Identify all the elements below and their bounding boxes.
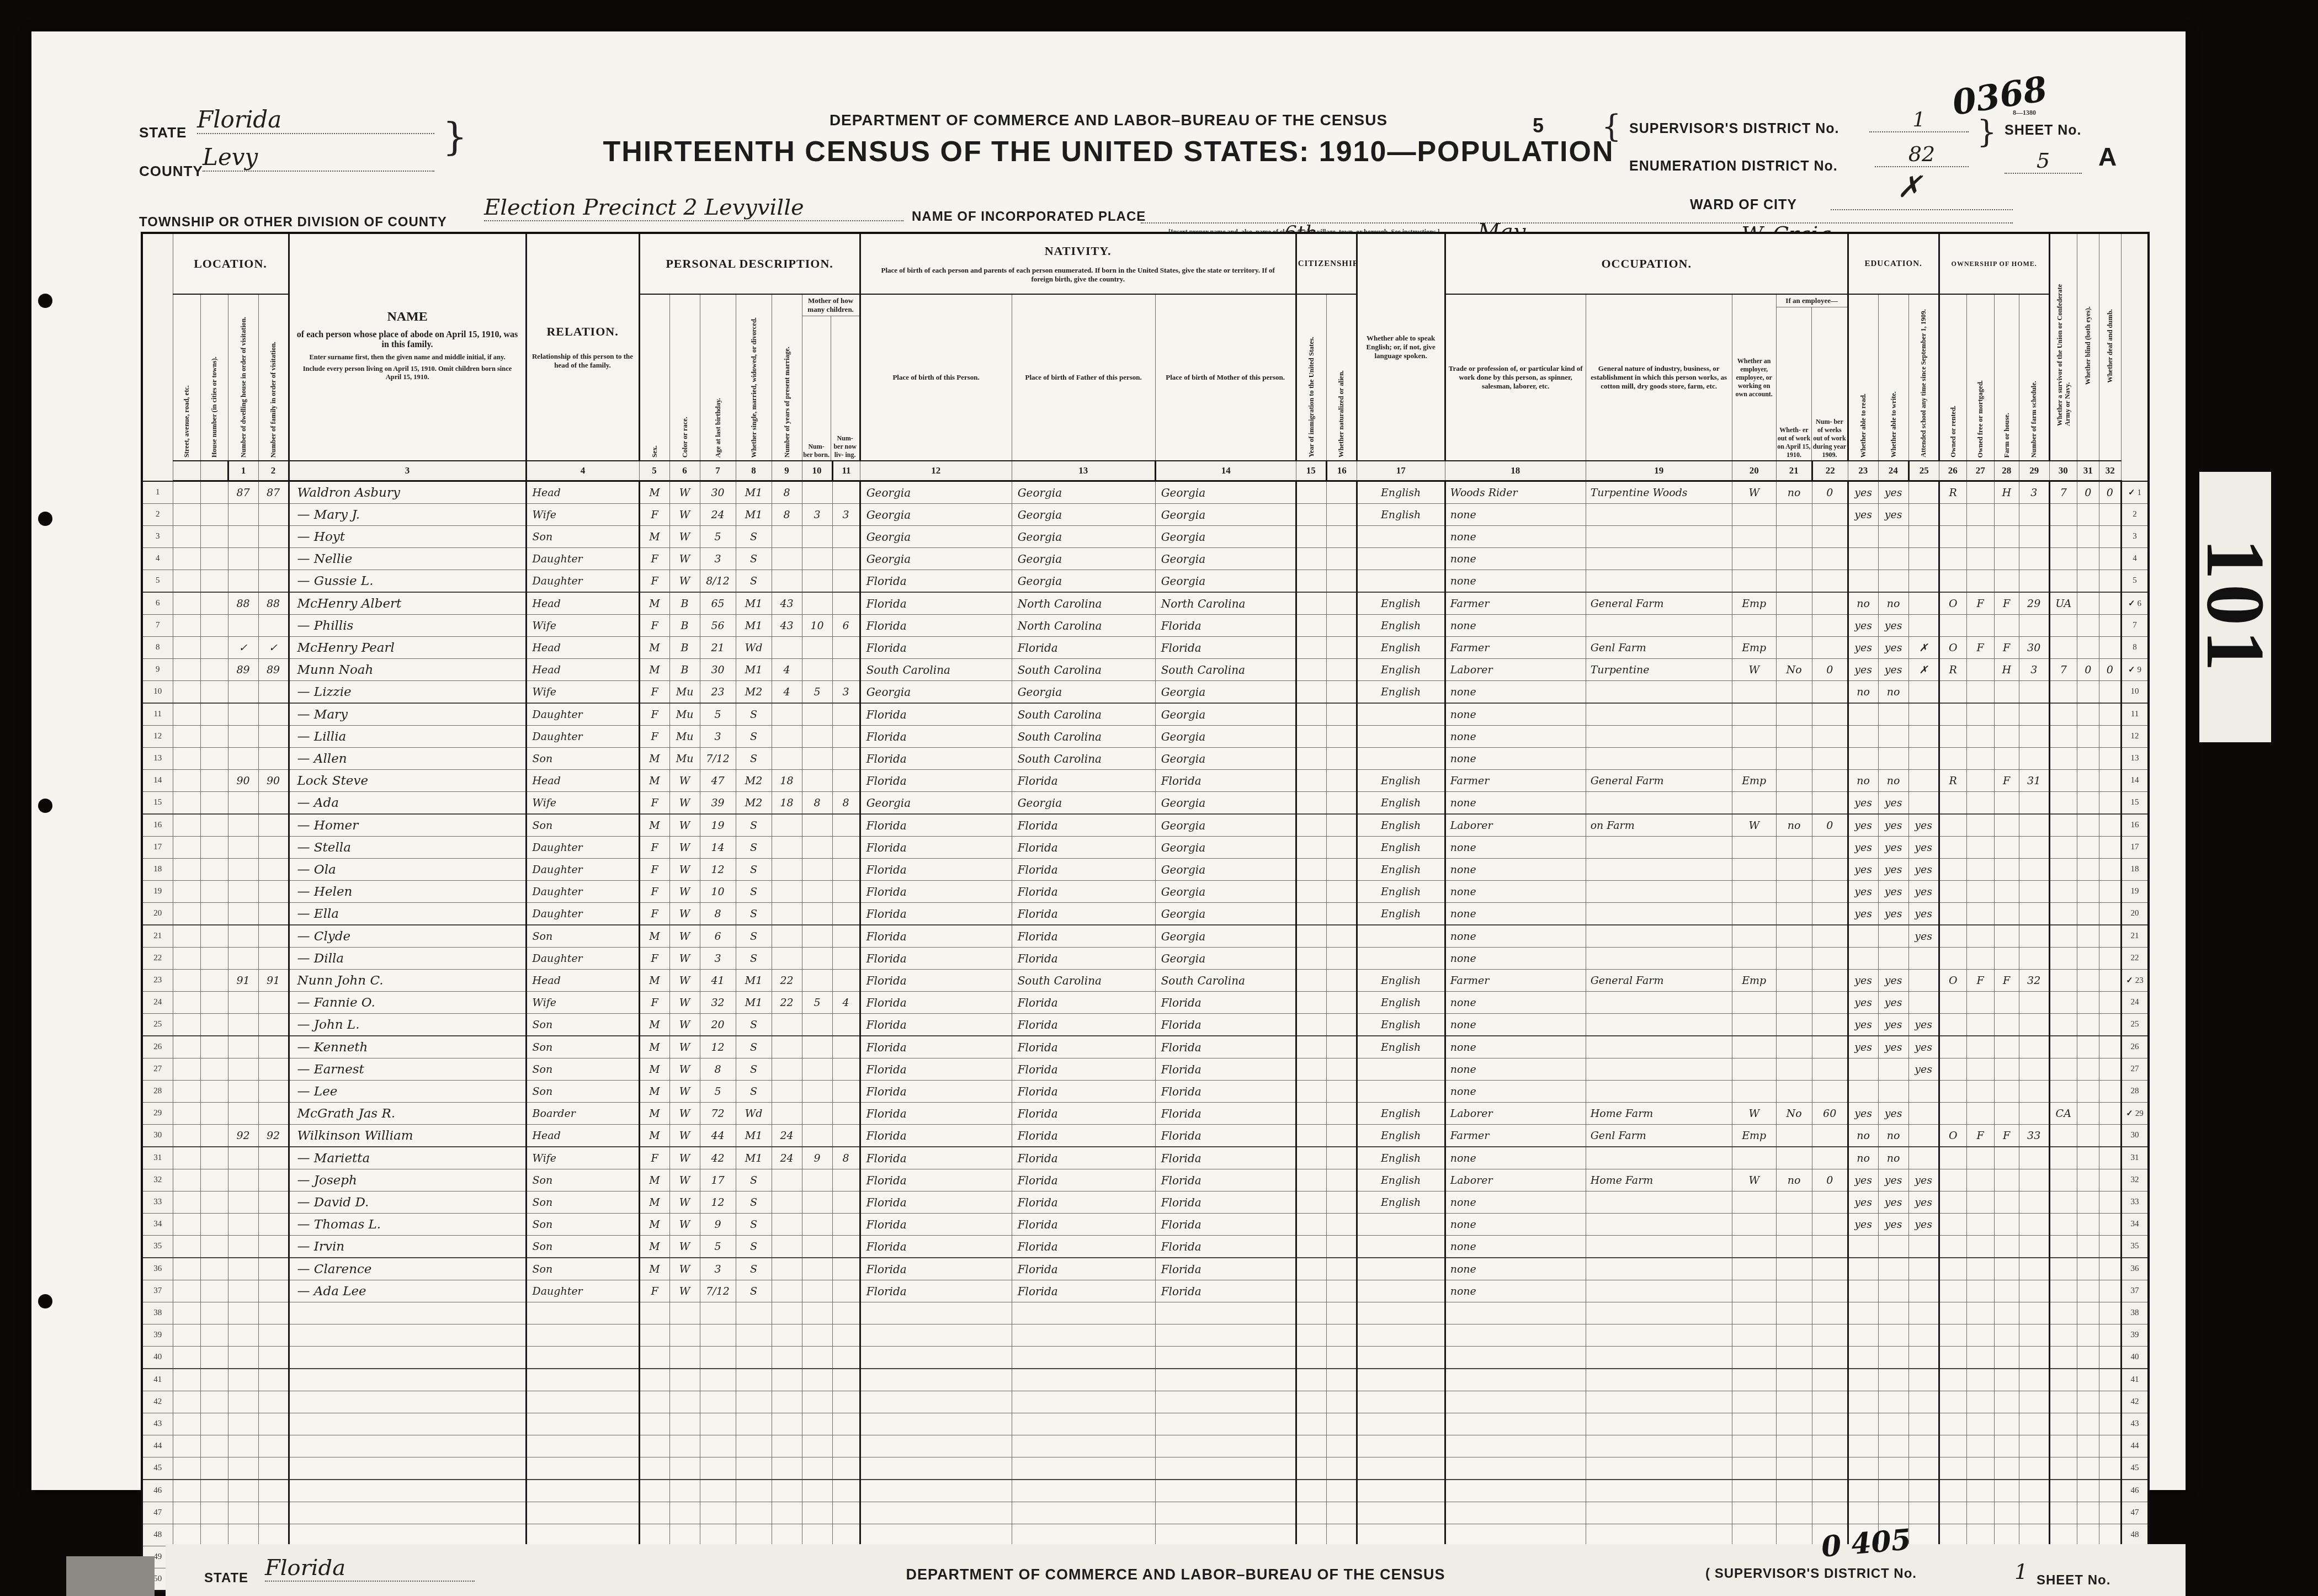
cell-read: no	[1848, 1125, 1878, 1147]
cell-relation: Son	[526, 1214, 639, 1236]
cell-deaf	[2099, 526, 2121, 548]
cell-weeks	[1812, 726, 1848, 748]
cell-emp	[1732, 1280, 1776, 1302]
cell-dwelling	[228, 992, 258, 1014]
cell-out	[1776, 504, 1812, 526]
cell-line-right: 39	[2121, 1324, 2149, 1347]
cell-out	[1776, 1125, 1812, 1147]
cell-yrs	[772, 1324, 802, 1347]
cell-english	[1357, 1524, 1445, 1546]
column-number: 4	[526, 461, 639, 481]
cell-line-right: ✓ 29	[2121, 1103, 2149, 1125]
cell-weeks	[1812, 1302, 1848, 1324]
cell-owned	[1939, 1435, 1966, 1457]
cell-relation: Daughter	[526, 726, 639, 748]
table-row: 17— StellaDaughterFW14SFloridaFloridaGeo…	[142, 837, 2149, 859]
census-sheet-page: 0368 DEPARTMENT OF COMMERCE AND LABOR–BU…	[31, 31, 2186, 1490]
cell-marital: S	[736, 1014, 772, 1036]
cell-read: yes	[1848, 659, 1878, 681]
column-number: 19	[1586, 461, 1732, 481]
cell-surv	[2049, 859, 2077, 881]
cell-emp	[1732, 925, 1776, 948]
cell-owned	[1939, 792, 1966, 815]
cell-house	[200, 1391, 228, 1413]
cell-farm	[1994, 903, 2019, 925]
cell-bp: Florida	[860, 1280, 1012, 1302]
cell-marital	[736, 1347, 772, 1369]
column-school-header: Attended school any time since September…	[1908, 294, 1939, 461]
cell-weeks	[1812, 1058, 1848, 1081]
cell-imm	[1296, 881, 1326, 903]
table-row: 18787Waldron AsburyHeadMW30M18GeorgiaGeo…	[142, 481, 2149, 504]
cell-relation: Son	[526, 1258, 639, 1280]
cell-family	[258, 1524, 289, 1546]
cell-relation: Son	[526, 1236, 639, 1258]
group-citizenship: CITIZENSHIP.	[1296, 233, 1357, 294]
cell-industry	[1586, 1369, 1732, 1391]
cell-name: — Nellie	[289, 548, 526, 570]
cell-marital: S	[736, 837, 772, 859]
cell-living	[832, 814, 860, 837]
cell-yrs	[772, 748, 802, 770]
cell-yrs	[772, 903, 802, 925]
ward-value: ✗	[1897, 169, 1922, 204]
cell-sched	[2019, 703, 2049, 726]
column-number: 28	[1994, 461, 2019, 481]
cell-deaf	[2099, 1480, 2121, 1502]
cell-dwelling	[228, 1081, 258, 1103]
cell-deaf	[2099, 948, 2121, 970]
cell-nat	[1326, 1435, 1357, 1457]
cell-living	[832, 1435, 860, 1457]
cell-industry	[1586, 681, 1732, 704]
cell-color	[669, 1413, 700, 1435]
cell-family	[258, 1191, 289, 1214]
cell-owned	[1939, 1036, 1966, 1058]
cell-emp: Emp	[1732, 770, 1776, 792]
cell-trade: none	[1445, 615, 1586, 637]
cell-nat	[1326, 1058, 1357, 1081]
column-number: 25	[1908, 461, 1939, 481]
cell-sex	[639, 1457, 669, 1480]
cell-emp	[1732, 1391, 1776, 1413]
cell-born	[802, 1258, 832, 1280]
cell-age: 30	[700, 481, 736, 504]
group-personal: PERSONAL DESCRIPTION.	[639, 233, 860, 294]
cell-relation	[526, 1302, 639, 1324]
cell-sched: 3	[2019, 481, 2049, 504]
cell-color: W	[669, 548, 700, 570]
column-read-header: Whether able to read.	[1848, 294, 1878, 461]
cell-nat	[1326, 1103, 1357, 1125]
cell-farm	[1994, 837, 2019, 859]
column-number: 27	[1966, 461, 1994, 481]
cell-dwelling	[228, 1413, 258, 1435]
cell-out: No	[1776, 659, 1812, 681]
cell-deaf	[2099, 1081, 2121, 1103]
cell-yrs: 24	[772, 1147, 802, 1169]
cell-street	[173, 570, 200, 593]
cell-industry	[1586, 1502, 1732, 1524]
cell-bpm: Florida	[1155, 1258, 1296, 1280]
cell-age	[700, 1480, 736, 1502]
cell-age: 39	[700, 792, 736, 815]
cell-nat	[1326, 814, 1357, 837]
cell-write	[1878, 1236, 1908, 1258]
cell-color: W	[669, 770, 700, 792]
cell-name	[289, 1391, 526, 1413]
cell-bpf: South Carolina	[1012, 703, 1155, 726]
cell-out	[1776, 703, 1812, 726]
cell-name: — David D.	[289, 1191, 526, 1214]
cell-line: 7	[142, 615, 173, 637]
cell-born	[802, 659, 832, 681]
cell-english: English	[1357, 770, 1445, 792]
cell-living: 3	[832, 681, 860, 704]
cell-industry	[1586, 504, 1732, 526]
cell-emp	[1732, 1081, 1776, 1103]
cell-emp	[1732, 1324, 1776, 1347]
cell-deaf	[2099, 1391, 2121, 1413]
cell-imm	[1296, 837, 1326, 859]
cell-bp	[860, 1502, 1012, 1524]
cell-line-right: 47	[2121, 1502, 2149, 1524]
cell-free	[1966, 1369, 1994, 1391]
cell-industry	[1586, 859, 1732, 881]
cell-age: 21	[700, 637, 736, 659]
cell-name: — Dilla	[289, 948, 526, 970]
cell-line-right: 17	[2121, 837, 2149, 859]
cell-bpm: Florida	[1155, 1214, 1296, 1236]
cell-marital	[736, 1391, 772, 1413]
cell-age	[700, 1347, 736, 1369]
cell-age: 42	[700, 1147, 736, 1169]
cell-family	[258, 1324, 289, 1347]
cell-born	[802, 548, 832, 570]
cell-bp	[860, 1480, 1012, 1502]
cell-born: 9	[802, 1147, 832, 1169]
cell-write: yes	[1878, 1191, 1908, 1214]
cell-family	[258, 1280, 289, 1302]
cell-imm	[1296, 1413, 1326, 1435]
cell-deaf	[2099, 970, 2121, 992]
cell-family	[258, 1457, 289, 1480]
cell-bp	[860, 1457, 1012, 1480]
cell-owned	[1939, 859, 1966, 881]
cell-color: W	[669, 1058, 700, 1081]
cell-emp	[1732, 1347, 1776, 1369]
cell-born	[802, 592, 832, 615]
cell-owned	[1939, 1258, 1966, 1280]
cell-blind	[2077, 1169, 2099, 1191]
cell-sched	[2019, 1347, 2049, 1369]
cell-read: yes	[1848, 1014, 1878, 1036]
cell-write	[1878, 726, 1908, 748]
cell-bp: Florida	[860, 726, 1012, 748]
cell-owned	[1939, 948, 1966, 970]
cell-school	[1908, 992, 1939, 1014]
cell-write	[1878, 1457, 1908, 1480]
cell-color: W	[669, 1103, 700, 1125]
cell-read: yes	[1848, 814, 1878, 837]
group-occupation: OCCUPATION.	[1445, 233, 1848, 294]
cell-sex: M	[639, 592, 669, 615]
cell-name: — Stella	[289, 837, 526, 859]
cell-relation: Head	[526, 970, 639, 992]
cell-farm	[1994, 1457, 2019, 1480]
cell-line-right: 16	[2121, 814, 2149, 837]
cell-house	[200, 881, 228, 903]
cell-english: English	[1357, 837, 1445, 859]
cell-bp: Florida	[860, 637, 1012, 659]
cell-bpm: Florida	[1155, 770, 1296, 792]
cell-trade: none	[1445, 1014, 1586, 1036]
cell-english: English	[1357, 659, 1445, 681]
cell-marital: M1	[736, 992, 772, 1014]
cell-farm	[1994, 1214, 2019, 1236]
cell-sex: M	[639, 1214, 669, 1236]
cell-relation: Son	[526, 1081, 639, 1103]
cell-age	[700, 1457, 736, 1480]
cell-line: 33	[142, 1191, 173, 1214]
cell-color: W	[669, 859, 700, 881]
cell-line-right: 43	[2121, 1413, 2149, 1435]
cell-relation: Daughter	[526, 859, 639, 881]
cell-family	[258, 792, 289, 815]
cell-imm	[1296, 1147, 1326, 1169]
cell-color: W	[669, 925, 700, 948]
cell-street	[173, 1280, 200, 1302]
cell-farm	[1994, 881, 2019, 903]
cell-family	[258, 1147, 289, 1169]
cell-family: 89	[258, 659, 289, 681]
table-row: 2— Mary J.WifeFW24M1833GeorgiaGeorgiaGeo…	[142, 504, 2149, 526]
cell-weeks	[1812, 1480, 1848, 1502]
cell-dwelling: 91	[228, 970, 258, 992]
cell-relation: Daughter	[526, 1280, 639, 1302]
cell-living	[832, 1502, 860, 1524]
cell-name: Lock Steve	[289, 770, 526, 792]
cell-street	[173, 948, 200, 970]
cell-living: 8	[832, 1147, 860, 1169]
column-blind-header: Whether blind (both eyes).	[2077, 233, 2099, 461]
cell-farm: F	[1994, 1125, 2019, 1147]
cell-trade: none	[1445, 748, 1586, 770]
cell-marital: S	[736, 748, 772, 770]
cell-weeks	[1812, 1125, 1848, 1147]
cell-write: yes	[1878, 1036, 1908, 1058]
cell-sex: F	[639, 570, 669, 593]
cell-english: English	[1357, 637, 1445, 659]
cell-line: 5	[142, 570, 173, 593]
cell-free	[1966, 615, 1994, 637]
cell-imm	[1296, 1191, 1326, 1214]
cell-free	[1966, 925, 1994, 948]
cell-bpf: Florida	[1012, 948, 1155, 970]
cell-weeks: 60	[1812, 1103, 1848, 1125]
cell-imm	[1296, 948, 1326, 970]
cell-yrs: 4	[772, 659, 802, 681]
cell-imm	[1296, 1457, 1326, 1480]
cell-line-right: 3	[2121, 526, 2149, 548]
cell-owned	[1939, 1324, 1966, 1347]
cell-bp	[860, 1524, 1012, 1546]
cell-deaf	[2099, 1191, 2121, 1214]
cell-emp: W	[1732, 659, 1776, 681]
cell-english	[1357, 1480, 1445, 1502]
table-row: 4545	[142, 1457, 2149, 1480]
cell-relation	[526, 1435, 639, 1457]
cell-color: W	[669, 1125, 700, 1147]
cell-house	[200, 903, 228, 925]
cell-relation	[526, 1369, 639, 1391]
cell-industry	[1586, 925, 1732, 948]
cell-out	[1776, 837, 1812, 859]
cell-line-right: 42	[2121, 1391, 2149, 1413]
cell-street	[173, 637, 200, 659]
cell-trade: none	[1445, 570, 1586, 593]
cell-emp	[1732, 1258, 1776, 1280]
cell-bp: Florida	[860, 881, 1012, 903]
cell-sex: F	[639, 792, 669, 815]
cell-industry	[1586, 748, 1732, 770]
cell-blind	[2077, 570, 2099, 593]
cell-sex: M	[639, 637, 669, 659]
cell-out	[1776, 592, 1812, 615]
cell-blind	[2077, 814, 2099, 837]
cell-yrs	[772, 814, 802, 837]
cell-farm	[1994, 1058, 2019, 1081]
column-number	[200, 461, 228, 481]
cell-sex: M	[639, 1125, 669, 1147]
cell-yrs	[772, 948, 802, 970]
cell-bpf: South Carolina	[1012, 748, 1155, 770]
cell-emp	[1732, 837, 1776, 859]
cell-imm	[1296, 1369, 1326, 1391]
cell-owned	[1939, 1169, 1966, 1191]
cell-surv	[2049, 1236, 2077, 1258]
cell-relation: Head	[526, 637, 639, 659]
cell-bpf	[1012, 1413, 1155, 1435]
cell-relation: Wife	[526, 792, 639, 815]
cell-marital: S	[736, 1236, 772, 1258]
cell-out	[1776, 903, 1812, 925]
column-street-header: Street, avenue, road, etc.	[173, 294, 200, 461]
cell-sched	[2019, 1214, 2049, 1236]
cell-age	[700, 1435, 736, 1457]
cell-street	[173, 903, 200, 925]
cell-weeks	[1812, 703, 1848, 726]
cell-emp	[1732, 615, 1776, 637]
cell-school	[1908, 1502, 1939, 1524]
cell-surv	[2049, 770, 2077, 792]
cell-emp	[1732, 1435, 1776, 1457]
cell-yrs	[772, 1258, 802, 1280]
cell-color: W	[669, 570, 700, 593]
cell-farm: H	[1994, 659, 2019, 681]
cell-english: English	[1357, 1169, 1445, 1191]
cell-marital: S	[736, 1058, 772, 1081]
cell-born	[802, 903, 832, 925]
cell-school	[1908, 703, 1939, 726]
cell-marital: S	[736, 814, 772, 837]
cell-weeks: 0	[1812, 659, 1848, 681]
cell-born	[802, 1014, 832, 1036]
cell-school	[1908, 1480, 1939, 1502]
cell-imm	[1296, 792, 1326, 815]
cell-family	[258, 615, 289, 637]
cell-bp: Georgia	[860, 548, 1012, 570]
cell-bpf: Florida	[1012, 1125, 1155, 1147]
column-number: 8	[736, 461, 772, 481]
cell-yrs: 24	[772, 1125, 802, 1147]
cell-line-right: 18	[2121, 859, 2149, 881]
cell-dwelling	[228, 1391, 258, 1413]
cell-bpm: Florida	[1155, 1169, 1296, 1191]
cell-line-right: 26	[2121, 1036, 2149, 1058]
cell-living	[832, 1324, 860, 1347]
cell-read	[1848, 1457, 1878, 1480]
film-edge-strip: 101	[2199, 472, 2271, 742]
cell-dwelling	[228, 1236, 258, 1258]
cell-house	[200, 1369, 228, 1391]
cell-yrs: 43	[772, 615, 802, 637]
cell-out	[1776, 548, 1812, 570]
cell-born: 5	[802, 992, 832, 1014]
column-number: 30	[2049, 461, 2077, 481]
cell-relation: Daughter	[526, 881, 639, 903]
cell-street	[173, 726, 200, 748]
cell-deaf	[2099, 1524, 2121, 1546]
cell-weeks	[1812, 1413, 1848, 1435]
cell-out	[1776, 1391, 1812, 1413]
cell-industry	[1586, 1214, 1732, 1236]
cell-out	[1776, 726, 1812, 748]
cell-bpf	[1012, 1435, 1155, 1457]
cell-marital	[736, 1435, 772, 1457]
cell-surv	[2049, 1391, 2077, 1413]
cell-industry: Turpentine Woods	[1586, 481, 1732, 504]
cell-school	[1908, 548, 1939, 570]
table-row: 31— MariettaWifeFW42M12498FloridaFlorida…	[142, 1147, 2149, 1169]
cell-street	[173, 1524, 200, 1546]
cell-school: yes	[1908, 903, 1939, 925]
column-years-married-header: Number of years of present marriage.	[772, 294, 802, 461]
cell-bpf: Florida	[1012, 925, 1155, 948]
cell-industry	[1586, 1081, 1732, 1103]
bottom-supervisor-label: ( SUPERVISOR'S DISTRICT No.	[1705, 1566, 1917, 1582]
cell-street	[173, 703, 200, 726]
cell-industry	[1586, 1413, 1732, 1435]
cell-line: 32	[142, 1169, 173, 1191]
cell-free	[1966, 1236, 1994, 1258]
cell-read: yes	[1848, 1169, 1878, 1191]
cell-weeks	[1812, 1147, 1848, 1169]
cell-yrs	[772, 1058, 802, 1081]
cell-write: yes	[1878, 615, 1908, 637]
table-row: 24— Fannie O.WifeFW32M12254FloridaFlorid…	[142, 992, 2149, 1014]
column-number: 12	[860, 461, 1012, 481]
next-sheet-partial: STATE Florida DEPARTMENT OF COMMERCE AND…	[166, 1544, 2186, 1596]
cell-line-right: 4	[2121, 548, 2149, 570]
cell-bp	[860, 1369, 1012, 1391]
cell-living	[832, 925, 860, 948]
cell-age: 3	[700, 548, 736, 570]
cell-bp	[860, 1324, 1012, 1347]
cell-street	[173, 837, 200, 859]
cell-marital: S	[736, 1280, 772, 1302]
cell-sex: F	[639, 615, 669, 637]
